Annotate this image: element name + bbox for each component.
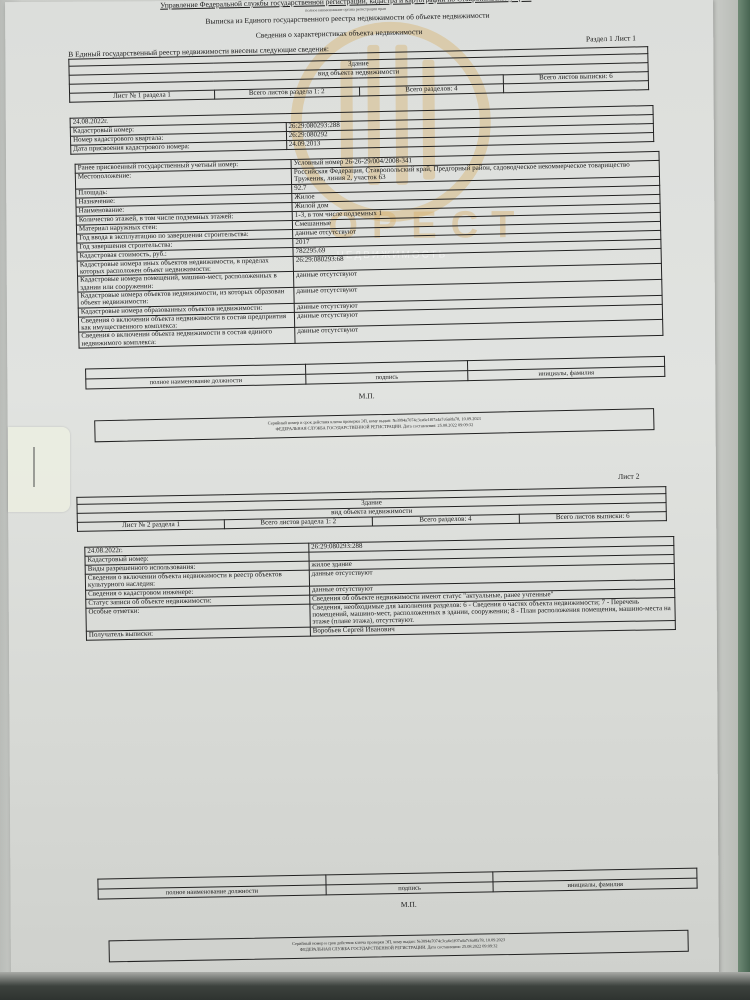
sheet2-label: Лист 2 [618, 473, 639, 481]
sheet1-signature-table: полное наименование должности подпись ин… [85, 356, 665, 390]
document-page: ОРЕСТ НЕДВИЖИМОСТЬ Управление Федерально… [5, 0, 719, 977]
adhesive-tape [8, 427, 70, 512]
bottom-shadow [0, 972, 750, 1000]
sheet2-signature-table: полное наименование должности подпись ин… [97, 868, 697, 900]
sheet2-signature-footer: Серийный номер и срок действия ключа про… [108, 930, 688, 963]
background-edge [738, 0, 750, 1000]
total-sheets-extract: Всего листов выписки: 6 [519, 512, 666, 524]
field-label: Сведения о включении объекта недвижимост… [79, 328, 295, 348]
sheet1-signature-footer: Серийный номер и срок действия ключа про… [94, 408, 654, 442]
total-sections: Всего разделов: 4 [359, 84, 504, 96]
sheet2-characteristics-table: 24.08.2022г. 26:29:080293:288 Кадастровы… [84, 536, 676, 641]
sheet1-characteristics-table: Ранее присвоенный государственный учетны… [75, 151, 664, 349]
stamp-mark: М.П. [401, 901, 417, 909]
total-sheets-section: Всего листов раздела 1: 2 [214, 87, 359, 99]
document-subtitle: Сведения о характеристиках объекта недви… [256, 28, 423, 39]
sheet-number: Лист № 2 раздела 1 [77, 520, 224, 532]
tape-mark [33, 447, 35, 487]
signature-caption: подпись [306, 371, 468, 385]
total-sections: Всего разделов: 4 [372, 514, 519, 526]
section-label: Раздел 1 Лист 1 [586, 34, 636, 43]
sheet1-id-table: 24.08.2022г. Кадастровый номер:26:29:080… [70, 105, 655, 155]
total-sheets-section: Всего листов раздела 1: 2 [225, 517, 372, 529]
signature-caption: подпись [326, 882, 494, 895]
document-title: Выписка из Единого государственного реес… [205, 12, 489, 26]
agency-subcaption: полное наименование органа регистрации п… [305, 7, 386, 13]
stamp-mark: М.П. [359, 392, 375, 400]
sheet2-header-table: Здание вид объекта недвижимости Лист № 2… [76, 486, 667, 532]
sheet-number: Лист № 1 раздела 1 [70, 90, 215, 102]
